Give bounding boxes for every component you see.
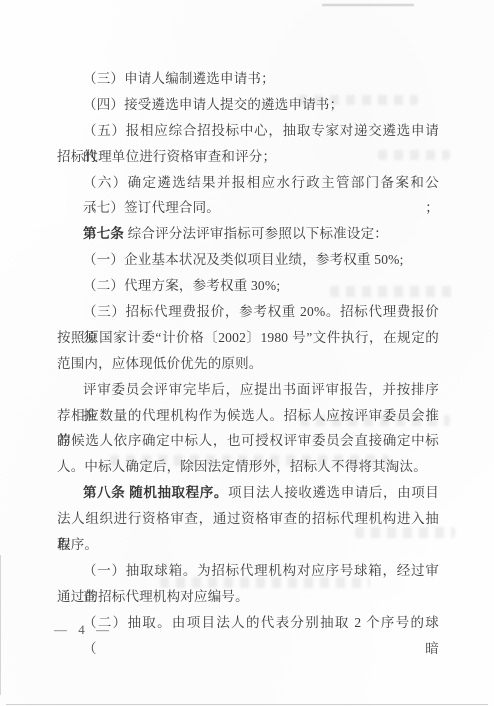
document-body: （三）申请人编制遴选申请书；（四）接受遴选申请人提交的遴选申请书；（五）报相应综… xyxy=(57,66,439,636)
text-line: 按照原国家计委“计价格〔2002〕1980 号”文件执行，在规定的 xyxy=(57,325,439,351)
text-line: 人。中标人确定后，除因法定情形外，招标人不得将其淘汰。 xyxy=(57,454,439,480)
text-line: （四）接受遴选申请人提交的遴选申请书； xyxy=(57,92,439,118)
text-line: （三）招标代理费报价，参考权重 20%。招标代理费报价须 xyxy=(57,299,439,325)
text-line: （三）申请人编制遴选申请书； xyxy=(57,66,439,92)
text-segment: （三）申请人编制遴选申请书； xyxy=(83,71,275,86)
text-line: 招标代理单位进行资格审查和评分； xyxy=(57,144,439,170)
text-line: 第八条 随机抽取程序。项目法人接收遴选申请后，由项目 xyxy=(57,480,439,506)
text-segment: 招标代理单位进行资格审查和评分； xyxy=(57,149,276,164)
text-line: 的候选人依序确定中标人，也可授权评审委员会直接确定中标 xyxy=(57,428,439,454)
article-heading: 第七条 xyxy=(83,226,124,241)
text-segment: （四）接受遴选申请人提交的遴选申请书； xyxy=(83,97,343,112)
text-segment: 程序。 xyxy=(57,537,98,552)
scan-edge-artifact xyxy=(6,704,488,705)
text-line: 通过的招标代理机构对应编号。 xyxy=(57,584,439,610)
text-segment: （一）企业基本状况及类似项目业绩，参考权重 50%; xyxy=(83,252,404,267)
text-segment: 人。中标人确定后，除因法定情形外，招标人不得将其淘汰。 xyxy=(57,459,427,474)
text-segment: （七）签订代理合同。 xyxy=(83,200,220,215)
text-line: 荐相应数量的代理机构作为候选人。招标人应按评审委员会推荐 xyxy=(57,403,439,429)
text-line: （一）企业基本状况及类似项目业绩，参考权重 50%; xyxy=(57,247,439,273)
text-line: （六）确定遴选结果并报相应水行政主管部门备案和公示； xyxy=(57,170,439,196)
text-line: （二）代理方案，参考权重 30%; xyxy=(57,273,439,299)
text-segment: 项目法人接收遴选申请后，由项目 xyxy=(228,485,439,500)
scan-streak-artifact xyxy=(322,4,414,6)
text-segment: 的候选人依序确定中标人，也可授权评审委员会直接确定中标 xyxy=(57,433,439,448)
text-segment: （二）代理方案，参考权重 30%; xyxy=(83,278,280,293)
text-segment: 范围内，应体现低价优先的原则。 xyxy=(57,356,263,371)
text-line: （一）抽取球箱。为招标代理机构对应序号球箱，经过审查 xyxy=(57,558,439,584)
scan-edge-artifact xyxy=(0,555,1,695)
text-segment: 综合评分法评审指标可参照以下标准设定： xyxy=(124,226,388,241)
text-segment: （二）抽取。由项目法人的代表分别抽取 2 个序号的球（暗 xyxy=(83,615,439,656)
text-line: （五）报相应综合招投标中心，抽取专家对递交遴选申请的 xyxy=(57,118,439,144)
text-line: 法人组织进行资格审查，通过资格审查的招标代理机构进入抽取 xyxy=(57,506,439,532)
text-segment: 按照原国家计委“计价格〔2002〕1980 号”文件执行，在规定的 xyxy=(57,330,439,345)
page-number: — 4 — xyxy=(54,622,113,638)
text-line: （二）抽取。由项目法人的代表分别抽取 2 个序号的球（暗 xyxy=(57,610,439,636)
text-segment: 通过的招标代理机构对应编号。 xyxy=(57,589,249,604)
article-heading: 第八条 随机抽取程序。 xyxy=(83,485,228,500)
scanned-document-page: （三）申请人编制遴选申请书；（四）接受遴选申请人提交的遴选申请书；（五）报相应综… xyxy=(0,0,494,706)
text-line: 范围内，应体现低价优先的原则。 xyxy=(57,351,439,377)
text-line: 第七条 综合评分法评审指标可参照以下标准设定： xyxy=(57,221,439,247)
text-line: 评审委员会评审完毕后，应提出书面评审报告，并按排序推 xyxy=(57,377,439,403)
text-line: 程序。 xyxy=(57,532,439,558)
